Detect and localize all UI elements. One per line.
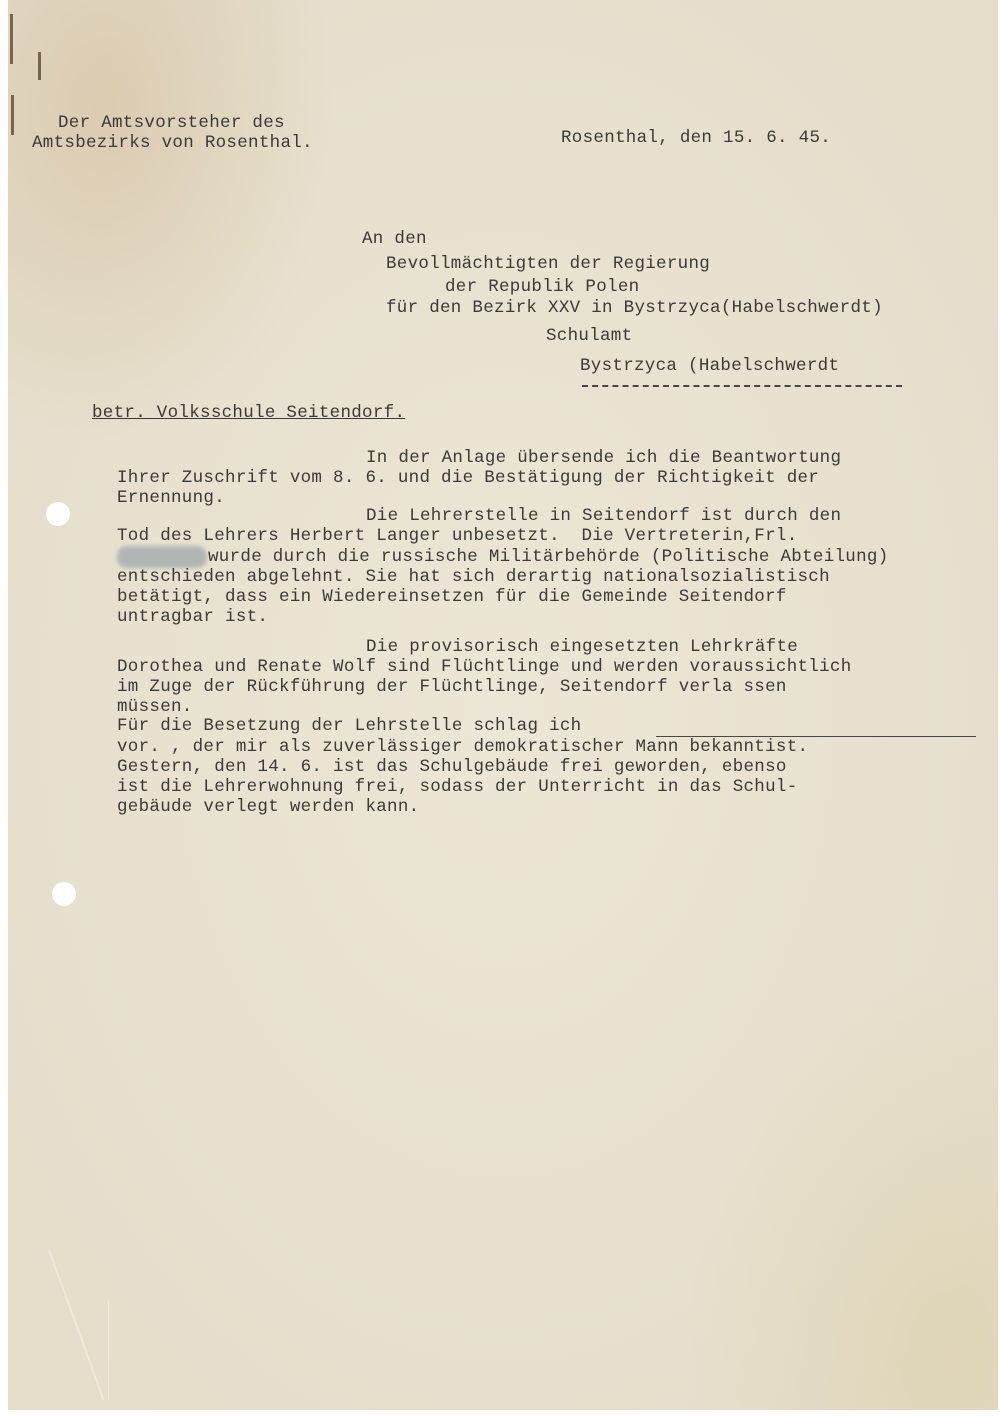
binding-mark [10, 14, 13, 64]
body-p3-line-2: Dorothea und Renate Wolf sind Flüchtling… [117, 657, 852, 678]
punch-hole [52, 882, 76, 906]
body-p1-line-1: In der Anlage übersende ich die Beantwor… [366, 448, 841, 469]
body-p4-line-1: Für die Besetzung der Lehrstelle schlag … [117, 716, 581, 737]
recipient-line-2: Bevollmächtigten der Regierung [386, 254, 710, 275]
body-p2-line-5: betätigt, dass ein Wiedereinsetzen für d… [117, 587, 787, 608]
sender-line-1: Der Amtsvorsteher des [58, 113, 285, 134]
recipient-line-3: der Republik Polen [445, 277, 639, 298]
paper-crease [48, 1249, 105, 1400]
paper-crease [108, 1300, 109, 1400]
body-p2-line-6: untragbar ist. [117, 607, 268, 628]
recipient-line-1: An den [362, 229, 427, 250]
body-p2-line-2: Tod des Lehrers Herbert Langer unbesetzt… [117, 526, 798, 547]
date-line: Rosenthal, den 15. 6. 45. [561, 128, 831, 149]
body-p1-line-2: Ihrer Zuschrift vom 8. 6. und die Bestät… [117, 468, 819, 489]
recipient-line-5: Schulamt [546, 326, 632, 347]
body-p2-line-3: wurde durch die russische Militärbehörde… [208, 547, 889, 568]
body-p4-line-2: vor. , der mir als zuverlässiger demokra… [117, 737, 808, 758]
body-p2-line-1: Die Lehrerstelle in Seitendorf ist durch… [366, 506, 841, 527]
body-p3-line-3: im Zuge der Rückführung der Flüchtlinge,… [117, 677, 787, 698]
body-p4-line-3: Gestern, den 14. 6. ist das Schulgebäude… [117, 757, 787, 778]
body-p2-line-4: entschieden abgelehnt. Sie hat sich dera… [117, 567, 830, 588]
redacted-name [117, 546, 207, 568]
body-p3-line-4: müssen. [117, 697, 193, 718]
subject-line: betr. Volksschule Seitendorf. [92, 403, 405, 424]
body-p4-line-5: gebäude verlegt werden kann. [117, 797, 419, 818]
recipient-line-6: Bystrzyca (Habelschwerdt [580, 356, 839, 377]
binding-mark [11, 95, 14, 135]
recipient-underline [582, 385, 902, 387]
recipient-line-4: für den Bezirk XXV in Bystrzyca(Habelsch… [386, 298, 883, 319]
sender-line-2: Amtsbezirks von Rosenthal. [32, 133, 313, 154]
binding-mark [38, 52, 41, 80]
body-p3-line-1: Die provisorisch eingesetzten Lehrkräfte [366, 637, 798, 658]
body-p1-line-3: Ernennung. [117, 488, 225, 509]
body-p4-line-4: ist die Lehrerwohnung frei, sodass der U… [117, 777, 798, 798]
punch-hole [46, 502, 70, 526]
letter-page: Der Amtsvorsteher des Amtsbezirks von Ro… [8, 0, 998, 1410]
